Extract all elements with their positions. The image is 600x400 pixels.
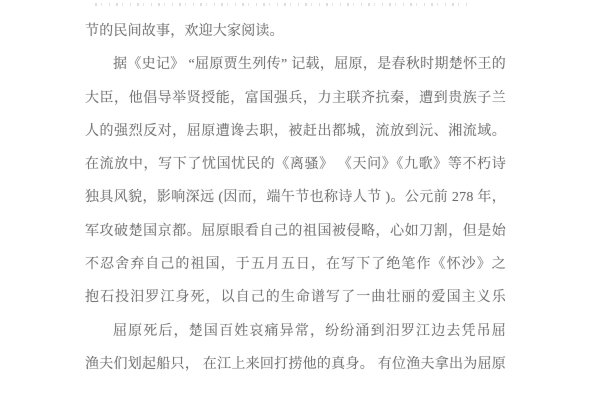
text-line: 渔夫们划起船只， 在江上来回打捞他的真身。 有位渔夫拿出为屈原准 bbox=[85, 348, 506, 381]
text-line: 军攻破楚国京都。屈原眼看自己的祖国被侵略，心如刀割，但是始终 bbox=[85, 215, 506, 248]
text-line: 人的强烈反对，屈原遭谗去职，被赶出都城，流放到沅、湘流域。他 bbox=[85, 115, 506, 148]
document-body: 节的民间故事，欢迎大家阅读。 据《史记》 “屈原贾生列传” 记载，屈原，是春秋时… bbox=[85, 15, 506, 381]
text-line: 大臣，他倡导举贤授能，富国强兵，力主联齐抗秦，遭到贵族子兰等 bbox=[85, 82, 506, 115]
document-page: 节的民间故事，欢迎大家阅读。 据《史记》 “屈原贾生列传” 记载，屈原，是春秋时… bbox=[0, 0, 600, 400]
text-line: 抱石投汨罗江身死，以自己的生命谱写了一曲壮丽的爱国主义乐章。 bbox=[85, 281, 506, 314]
text-line: 屈原死后，楚国百姓哀痛异常，纷纷涌到汨罗江边去凭吊屈原。 bbox=[85, 315, 506, 348]
text-line: 节的民间故事，欢迎大家阅读。 bbox=[85, 15, 506, 48]
text-line: 独具风貌，影响深远 (因而，端午节也称诗人节 )。公元前 278 年，秦 bbox=[85, 181, 506, 214]
text-line: 在流放中，写下了忧国忧民的《离骚》 《天问》《九歌》等不朽诗篇， bbox=[85, 148, 506, 181]
text-line: 据《史记》 “屈原贾生列传” 记载，屈原，是春秋时期楚怀王的 bbox=[85, 48, 506, 81]
text-line: 不忍舍弃自己的祖国，于五月五日，在写下了绝笔作《怀沙》之后， bbox=[85, 248, 506, 281]
clipped-text-line-top bbox=[95, 0, 471, 7]
